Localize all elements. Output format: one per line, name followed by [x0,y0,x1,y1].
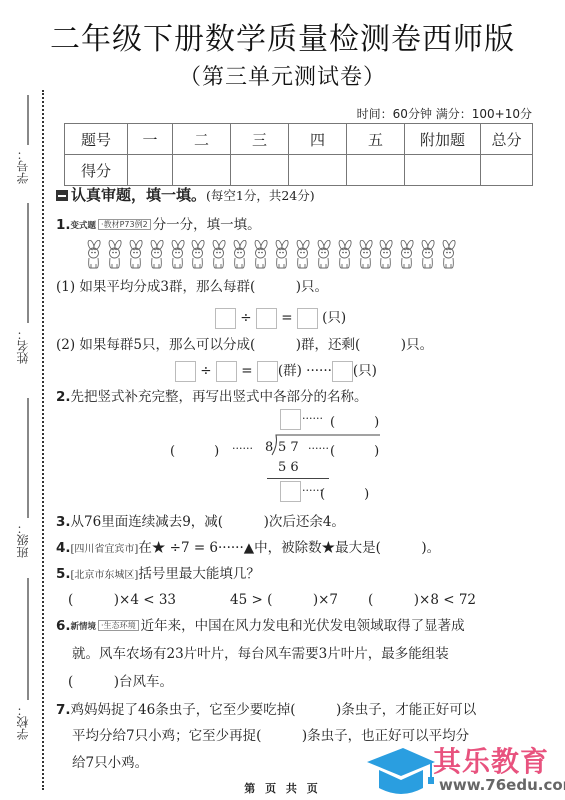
answer-box[interactable] [216,361,237,382]
rabbit-icon [230,240,249,270]
rabbit-icon [376,240,395,270]
section-number-icon [56,190,68,201]
rabbit-icon [356,240,375,270]
question-6: 6.新情境·生态环境近年来，中国在风力发电和光伏发电领域取得了显著成 [56,614,465,634]
question-6-line-2: 就。风车农场有23片叶片，每台风车需要3片叶片，最多能组装 [72,642,449,662]
rabbit-icon [439,240,458,270]
table-cell: 得分 [65,155,128,186]
page-subtitle: （第三单元测试卷） [0,60,565,91]
answer-box[interactable] [257,361,278,382]
rabbit-icon [397,240,416,270]
score-input-cell[interactable] [347,155,405,186]
rabbit-icon [272,240,291,270]
student-id-label: 学号： [14,148,31,184]
watermark-url: www.76edu.com [439,776,565,794]
answer-box[interactable] [175,361,196,382]
table-row: 题号 一 二 三 四 五 附加题 总分 [65,124,533,155]
question-5: 5.[北京市东城区]括号里最大能填几？ [56,562,260,582]
class-label: 班级： [14,522,31,558]
remainder-box[interactable] [280,481,301,502]
school-label: 学校： [14,704,31,740]
exam-meta: 时间：60分钟 满分：100+10分 [357,105,532,122]
answer-box[interactable] [215,308,236,329]
long-division: ······ ( ) ( ) ······ 8 5 7 ······ ( ) 5… [160,405,420,505]
score-input-cell[interactable] [231,155,289,186]
equation-2: ÷ = (群) ······(只) [175,359,377,382]
watermark-logo: 其乐教育 www.76edu.com [365,742,565,800]
rabbit-icon [188,240,207,270]
question-1-part-1: (1) 如果平均分成3群，那么每群( )只。 [56,275,328,295]
score-input-cell[interactable] [128,155,173,186]
score-input-cell[interactable] [173,155,231,186]
question-6-line-3: ( )台风车。 [68,670,173,690]
answer-box[interactable] [332,361,353,382]
rabbit-icon [293,240,312,270]
rabbit-icon [418,240,437,270]
question-5-item-3: ( )×8 < 72 [368,588,476,608]
table-row: 得分 [65,155,533,186]
name-label: 姓名： [14,328,31,364]
score-input-cell[interactable] [289,155,347,186]
score-input-cell[interactable] [481,155,533,186]
table-cell: 四 [289,124,347,155]
question-1: 1.变式题·教材P73例2分一分，填一填。 [56,213,261,233]
table-cell: 总分 [481,124,533,155]
textbook-ref-tag: ·教材P73例2 [98,219,151,230]
rabbit-icon [251,240,270,270]
rabbit-icon [147,240,166,270]
question-4: 4.[四川省宜宾市]在★ ÷7 = 6······▲中，被除数★最大是( )。 [56,536,440,556]
rabbit-icon [314,240,333,270]
question-7-line-2: 平均分给7只小鸡；它至少再捉( )条虫子，也正好可以平均分 [72,724,469,744]
table-cell: 题号 [65,124,128,155]
equation-1: ÷ = (只) [215,306,346,329]
page-title: 二年级下册数学质量检测卷西师版 [0,14,565,58]
rabbit-icon [84,240,103,270]
watermark-name: 其乐教育 [433,740,549,780]
section-heading: 认真审题，填一填。(每空1分，共24分) [56,184,315,205]
table-cell: 一 [128,124,173,155]
question-3: 3.从76里面连续减去9，减( )次后还余4。 [56,510,345,530]
question-5-item-2: 45 > ( )×7 [230,588,338,608]
rabbit-icon [126,240,145,270]
answer-box[interactable] [297,308,318,329]
question-1-part-2: (2) 如果每群5只，那么可以分成( )群，还剩( )只。 [56,333,433,353]
binding-dotted-line [42,90,44,790]
rabbit-icon [209,240,228,270]
fill-line[interactable] [27,95,29,145]
score-table: 题号 一 二 三 四 五 附加题 总分 得分 [64,123,533,186]
table-cell: 三 [231,124,289,155]
division-underline [267,478,329,479]
rabbit-icon [335,240,354,270]
quotient-box[interactable] [280,409,301,430]
rabbit-icon [105,240,124,270]
fill-line[interactable] [27,203,29,323]
question-5-item-1: ( )×4 < 33 [68,588,176,608]
table-cell: 二 [173,124,231,155]
question-7-line-3: 给7只小鸡。 [72,751,148,771]
table-cell: 附加题 [405,124,481,155]
graduation-cap-icon [365,742,435,800]
rabbit-illustration-row [84,240,460,275]
fill-line[interactable] [27,578,29,700]
question-2: 2.先把竖式补充完整，再写出竖式中各部分的名称。 [56,385,368,405]
rabbit-icon [168,240,187,270]
fill-line[interactable] [27,398,29,518]
score-input-cell[interactable] [405,155,481,186]
answer-box[interactable] [256,308,277,329]
context-tag: ·生态环境 [98,620,139,631]
question-7: 7.鸡妈妈捉了46条虫子，它至少要吃掉( )条虫子，才能正好可以 [56,698,476,718]
table-cell: 五 [347,124,405,155]
